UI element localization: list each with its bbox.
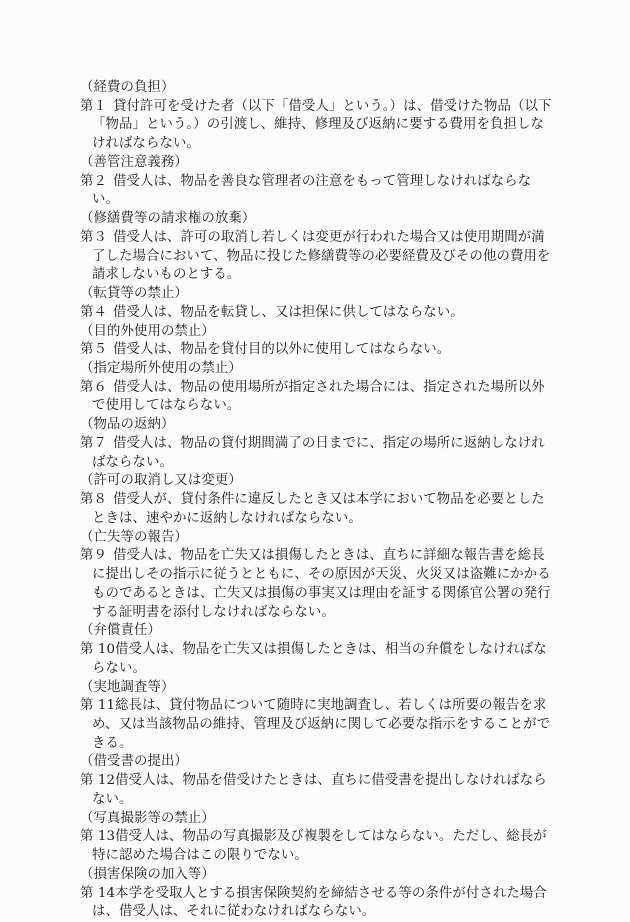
article-number: 第６ xyxy=(80,379,113,398)
article-heading: （修繕費等の請求権の放棄） xyxy=(80,210,555,229)
article-number: 第 11 xyxy=(80,697,115,716)
article-9: （亡失等の報告） 第９借受人は、物品を亡失又は損傷したときは、直ちに詳細な報告書… xyxy=(80,529,555,623)
article-heading: （転貸等の禁止） xyxy=(80,285,555,304)
article-text: 借受人は、物品の貸付期間満了の日までに、指定の場所に返納しなければならない。 xyxy=(92,436,545,470)
article-5: （目的外使用の禁止） 第５借受人は、物品を貸付目的以外に使用してはならない。 xyxy=(80,323,555,360)
article-number: 第２ xyxy=(80,173,113,192)
article-text: 借受人は、物品の写真撮影及び複製をしてはならない。ただし、総長が特に認めた場合は… xyxy=(92,829,547,863)
article-text: 借受人は、許可の取消し若しくは変更が行われた場合又は使用期間が満了した場合におい… xyxy=(92,230,550,282)
article-13: （写真撮影等の禁止） 第 13借受人は、物品の写真撮影及び複製をしてはならない。… xyxy=(80,810,555,866)
article-number: 第７ xyxy=(80,435,113,454)
article-number: 第５ xyxy=(80,341,113,360)
article-heading: （写真撮影等の禁止） xyxy=(80,810,555,829)
article-text: 借受人が、貸付条件に違反したとき又は本学において物品を必要としたときは、速やかに… xyxy=(92,492,545,526)
article-body: 第６借受人は、物品の使用場所が指定された場合には、指定された場所以外で使用しては… xyxy=(80,379,555,416)
article-heading: （実地調査等） xyxy=(80,679,555,698)
article-body: 第２借受人は、物品を善良な管理者の注意をもって管理しなければならない。 xyxy=(80,173,555,210)
article-8: （許可の取消し又は変更） 第８借受人が、貸付条件に違反したとき又は本学において物… xyxy=(80,472,555,528)
article-4: （転貸等の禁止） 第４借受人は、物品を転貸し、又は担保に供してはならない。 xyxy=(80,285,555,322)
article-text: 総長は、貸付物品について随時に実地調査し、若しくは所要の報告を求め、又は当該物品… xyxy=(92,698,550,750)
article-3: （修繕費等の請求権の放棄） 第３借受人は、許可の取消し若しくは変更が行われた場合… xyxy=(80,210,555,285)
article-body: 第４借受人は、物品を転貸し、又は担保に供してはならない。 xyxy=(80,304,555,323)
article-heading: （物品の返納） xyxy=(80,416,555,435)
article-body: 第 13借受人は、物品の写真撮影及び複製をしてはならない。ただし、総長が特に認め… xyxy=(80,828,555,865)
article-heading: （許可の取消し又は変更） xyxy=(80,472,555,491)
article-body: 第８借受人が、貸付条件に違反したとき又は本学において物品を必要としたときは、速や… xyxy=(80,491,555,528)
article-number: 第 12 xyxy=(80,772,115,791)
article-heading: （損害保険の加入等） xyxy=(80,866,555,885)
article-body: 第 12借受人は、物品を借受けたときは、直ちに借受書を提出しなければならない。 xyxy=(80,772,555,809)
article-body: 第 11総長は、貸付物品について随時に実地調査し、若しくは所要の報告を求め、又は… xyxy=(80,697,555,753)
article-number: 第１ xyxy=(80,98,113,117)
document-body: （経費の負担） 第１貸付許可を受けた者（以下「借受人」という。）は、借受けた物品… xyxy=(80,79,555,903)
article-1: （経費の負担） 第１貸付許可を受けた者（以下「借受人」という。）は、借受けた物品… xyxy=(80,79,555,154)
article-body: 第９借受人は、物品を亡失又は損傷したときは、直ちに詳細な報告書を総長に提出しその… xyxy=(80,547,555,622)
article-number: 第８ xyxy=(80,491,113,510)
article-number: 第 14 xyxy=(80,885,115,903)
article-number: 第９ xyxy=(80,547,113,566)
article-heading: （弁償責任） xyxy=(80,622,555,641)
article-number: 第３ xyxy=(80,229,113,248)
article-text: 借受人は、物品を貸付目的以外に使用してはならない。 xyxy=(113,342,450,357)
article-text: 借受人は、物品を亡失又は損傷したときは、直ちに詳細な報告書を総長に提出しその指示… xyxy=(92,548,551,619)
article-text: 借受人は、物品を善良な管理者の注意をもって管理しなければならない。 xyxy=(92,174,531,208)
article-body: 第１貸付許可を受けた者（以下「借受人」という。）は、借受けた物品（以下「物品」と… xyxy=(80,98,555,154)
article-body: 第 14本学を受取人とする損害保険契約を締結させる等の条件が付された場合は、借受… xyxy=(80,885,555,903)
article-11: （実地調査等） 第 11総長は、貸付物品について随時に実地調査し、若しくは所要の… xyxy=(80,679,555,754)
article-text: 本学を受取人とする損害保険契約を締結させる等の条件が付された場合は、借受人は、そ… xyxy=(92,886,547,903)
article-body: 第７借受人は、物品の貸付期間満了の日までに、指定の場所に返納しなければならない。 xyxy=(80,435,555,472)
article-2: （善管注意義務） 第２借受人は、物品を善良な管理者の注意をもって管理しなければな… xyxy=(80,154,555,210)
article-text: 借受人は、物品を亡失又は損傷したときは、相当の弁償をしなければならない。 xyxy=(92,642,547,676)
article-10: （弁償責任） 第 10借受人は、物品を亡失又は損傷したときは、相当の弁償をしなけ… xyxy=(80,622,555,678)
article-7: （物品の返納） 第７借受人は、物品の貸付期間満了の日までに、指定の場所に返納しな… xyxy=(80,416,555,472)
article-text: 借受人は、物品を借受けたときは、直ちに借受書を提出しなければならない。 xyxy=(92,773,547,807)
article-heading: （指定場所外使用の禁止） xyxy=(80,360,555,379)
article-heading: （善管注意義務） xyxy=(80,154,555,173)
article-text: 借受人は、物品の使用場所が指定された場合には、指定された場所以外で使用してはなら… xyxy=(92,380,545,414)
article-heading: （借受書の提出） xyxy=(80,753,555,772)
article-6: （指定場所外使用の禁止） 第６借受人は、物品の使用場所が指定された場合には、指定… xyxy=(80,360,555,416)
article-body: 第 10借受人は、物品を亡失又は損傷したときは、相当の弁償をしなければならない。 xyxy=(80,641,555,678)
article-heading: （経費の負担） xyxy=(80,79,555,98)
article-number: 第 13 xyxy=(80,828,115,847)
document-page: （経費の負担） 第１貸付許可を受けた者（以下「借受人」という。）は、借受けた物品… xyxy=(0,0,630,903)
article-body: 第３借受人は、許可の取消し若しくは変更が行われた場合又は使用期間が満了した場合に… xyxy=(80,229,555,285)
article-text: 借受人は、物品を転貸し、又は担保に供してはならない。 xyxy=(113,305,464,320)
article-number: 第４ xyxy=(80,304,113,323)
article-14: （損害保険の加入等） 第 14本学を受取人とする損害保険契約を締結させる等の条件… xyxy=(80,866,555,903)
article-12: （借受書の提出） 第 12借受人は、物品を借受けたときは、直ちに借受書を提出しな… xyxy=(80,753,555,809)
article-heading: （亡失等の報告） xyxy=(80,529,555,548)
article-heading: （目的外使用の禁止） xyxy=(80,323,555,342)
article-number: 第 10 xyxy=(80,641,115,660)
article-body: 第５借受人は、物品を貸付目的以外に使用してはならない。 xyxy=(80,341,555,360)
article-text: 貸付許可を受けた者（以下「借受人」という。）は、借受けた物品（以下「物品」という… xyxy=(92,99,552,151)
